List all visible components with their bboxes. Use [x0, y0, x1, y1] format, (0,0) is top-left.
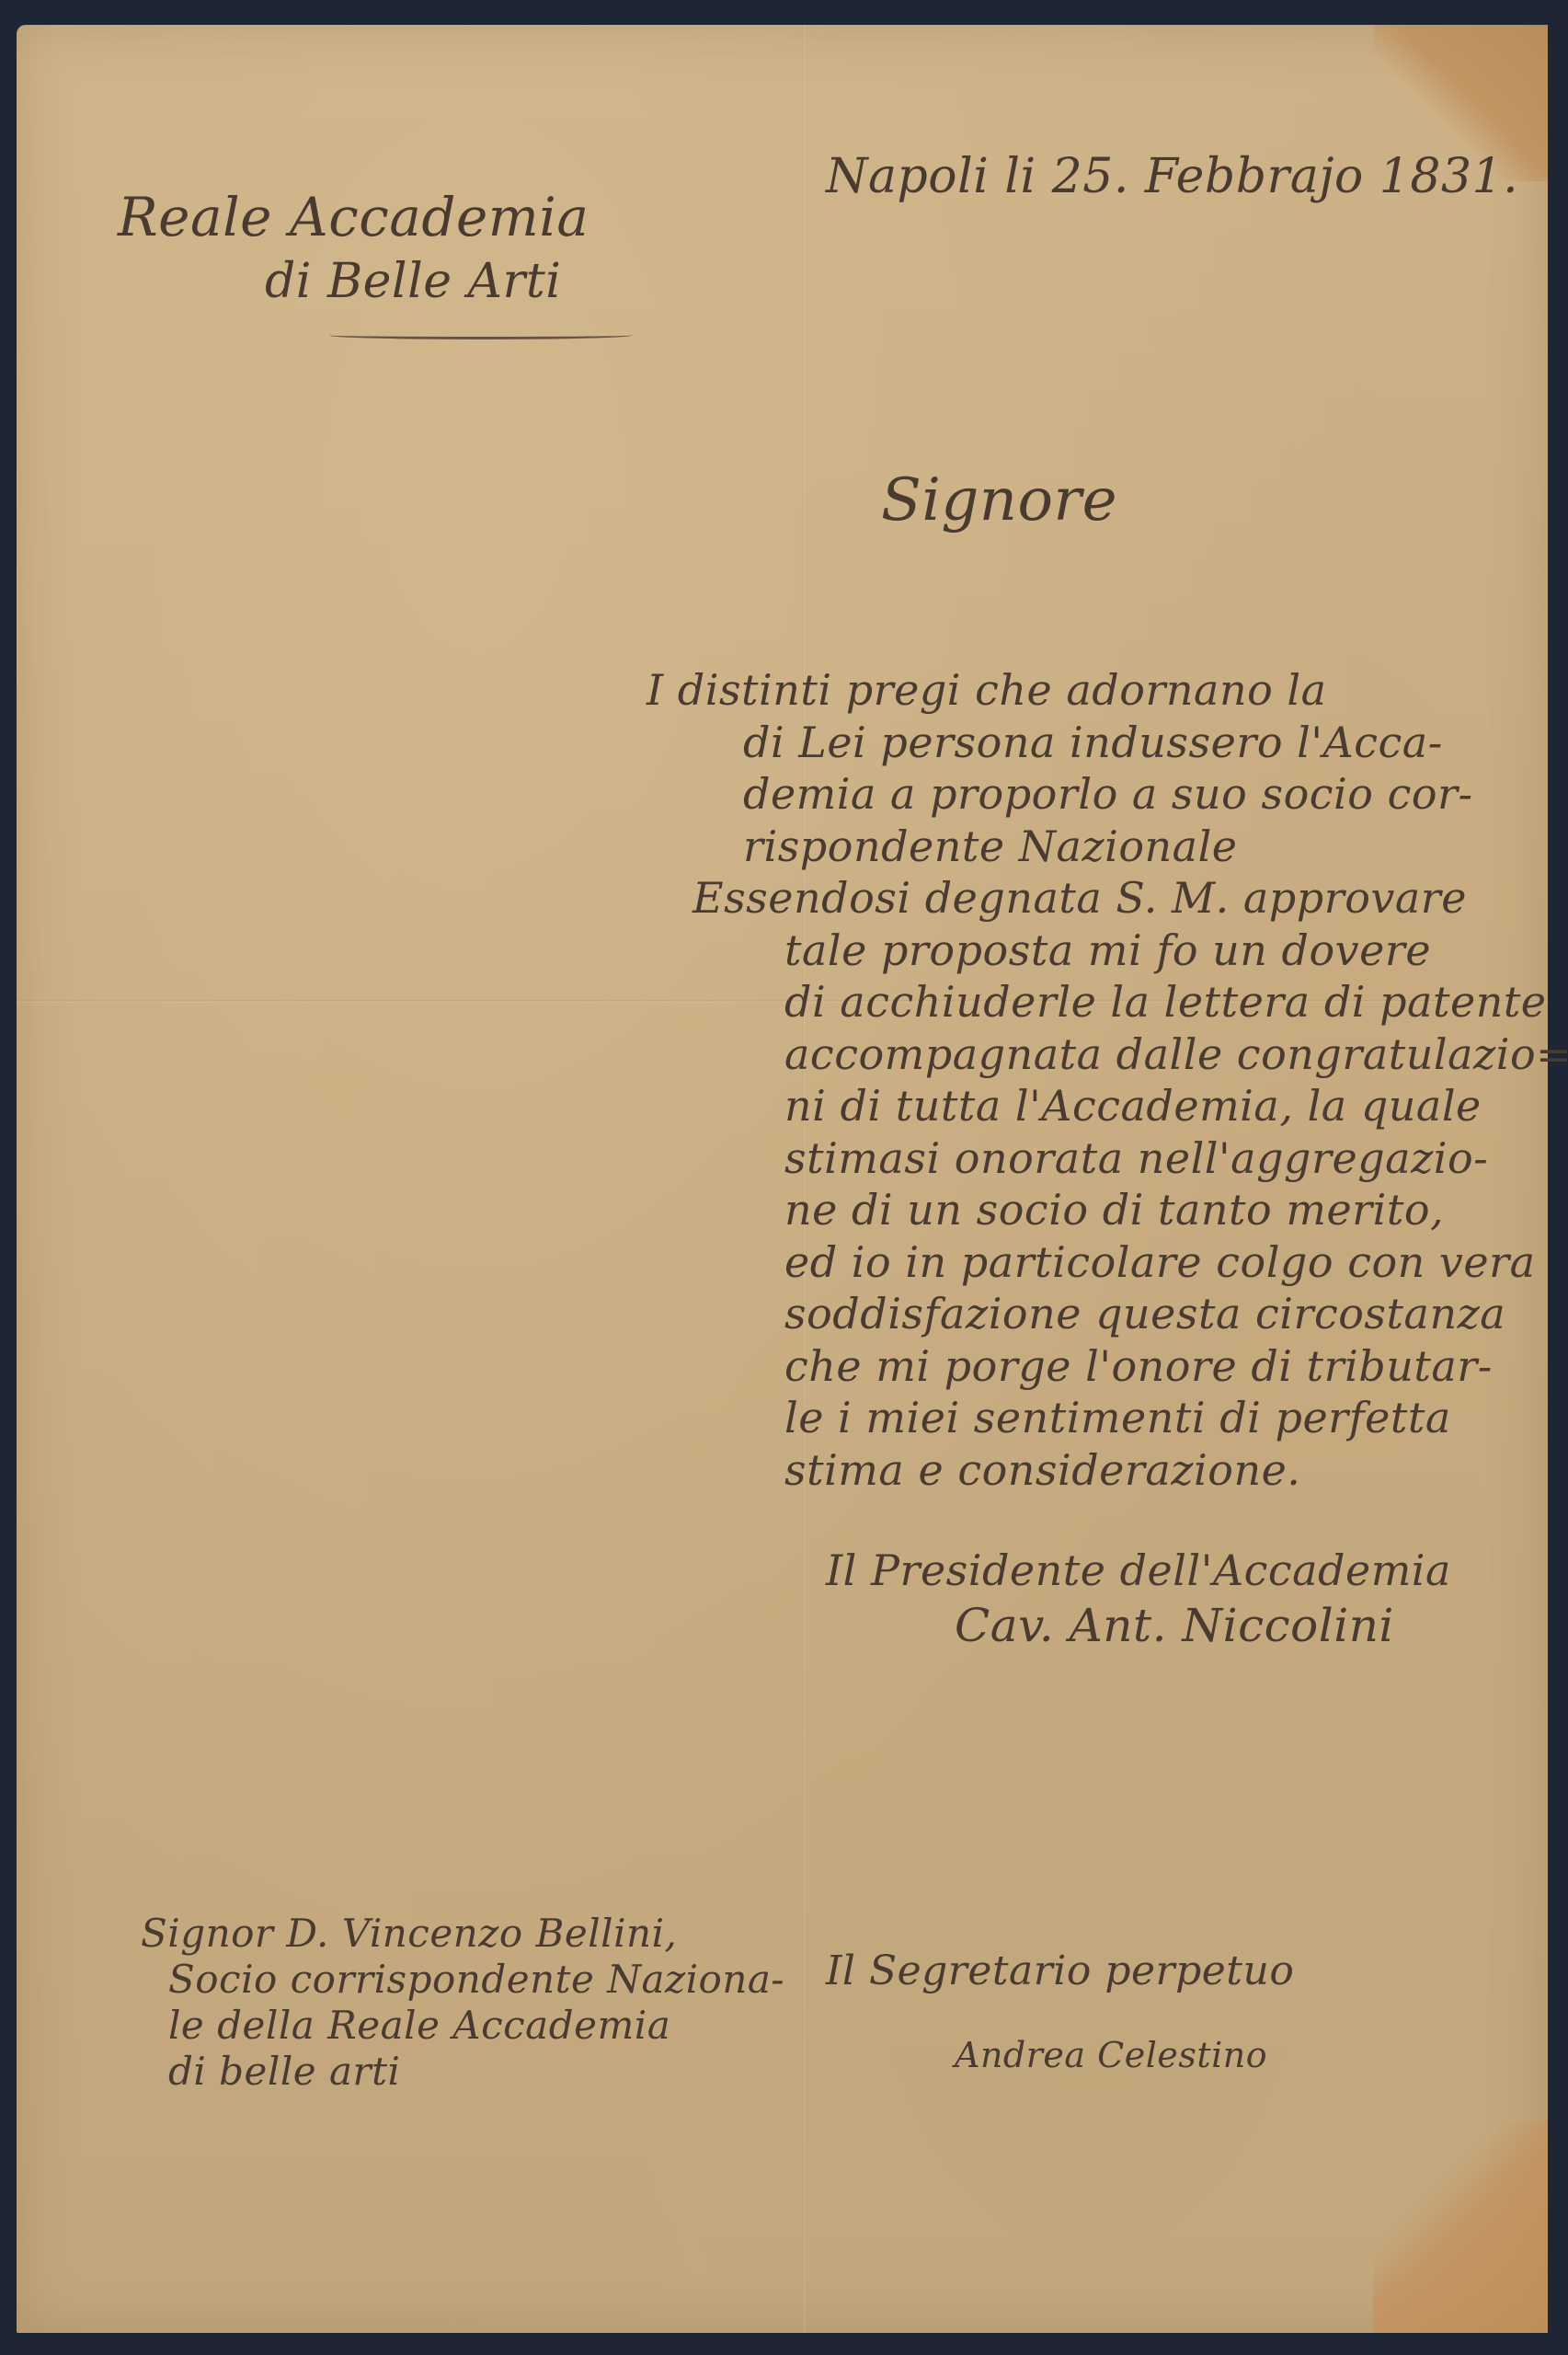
letterhead-line-1: Reale Accademia: [118, 186, 633, 248]
body-line: Essendosi degnata S. M. approvare: [647, 872, 1568, 925]
closing-block: Il Presidente dell'Accademia Cav. Ant. N…: [826, 1543, 1451, 1653]
body-line: ne di un socio di tanto merito,: [647, 1184, 1568, 1236]
body-line: di Lei persona indussero l'Acca-: [647, 717, 1568, 769]
secretary-block: Il Segretario perpetuo Andrea Celestino: [826, 1947, 1294, 2075]
addressee-line: di belle arti: [141, 2049, 784, 2095]
body-line: ni di tutta l'Accademia, la quale: [647, 1080, 1568, 1132]
body-line: stima e considerazione.: [647, 1444, 1568, 1497]
corner-stain-bottom-right: [1373, 2121, 1548, 2333]
letter-paper: Reale Accademia di Belle Arti Napoli li …: [17, 25, 1548, 2333]
body-line: tale proposta mi fo un dovere: [647, 925, 1568, 977]
addressee-line: le della Reale Accademia: [141, 2003, 784, 2049]
letter-body: I distinti pregi che adornano la di Lei …: [647, 664, 1568, 1496]
addressee-line: Socio corrispondente Naziona-: [141, 1957, 784, 2003]
secretary-title: Il Segretario perpetuo: [826, 1947, 1294, 1994]
body-line: demia a proporlo a suo socio cor-: [647, 768, 1568, 821]
letterhead-flourish: [329, 331, 633, 339]
body-line: accompagnata dalle congratulazio=: [647, 1028, 1568, 1081]
secretary-signature: Andrea Celestino: [826, 2035, 1294, 2075]
body-line: ed io in particolare colgo con vera: [647, 1236, 1568, 1289]
salutation: Signore: [881, 466, 1117, 534]
body-line: stimasi onorata nell'aggregazio-: [647, 1132, 1568, 1185]
letterhead-line-2: di Belle Arti: [118, 254, 633, 309]
addressee-block: Signor D. Vincenzo Bellini, Socio corris…: [141, 1911, 784, 2095]
body-line: I distinti pregi che adornano la: [647, 664, 1568, 717]
dateline: Napoli li 25. Febbrajo 1831.: [826, 149, 1518, 204]
addressee-line: Signor D. Vincenzo Bellini,: [141, 1911, 784, 1957]
president-signature: Cav. Ant. Niccolini: [826, 1598, 1451, 1653]
body-line: di acchiuderle la lettera di patente: [647, 976, 1568, 1028]
body-line: che mi porge l'onore di tributar-: [647, 1340, 1568, 1393]
president-title: Il Presidente dell'Accademia: [826, 1545, 1451, 1595]
body-line: le i miei sentimenti di perfetta: [647, 1392, 1568, 1444]
body-line: soddisfazione questa circostanza: [647, 1288, 1568, 1340]
letterhead: Reale Accademia di Belle Arti: [118, 186, 633, 339]
body-line: rispondente Nazionale: [647, 821, 1568, 873]
